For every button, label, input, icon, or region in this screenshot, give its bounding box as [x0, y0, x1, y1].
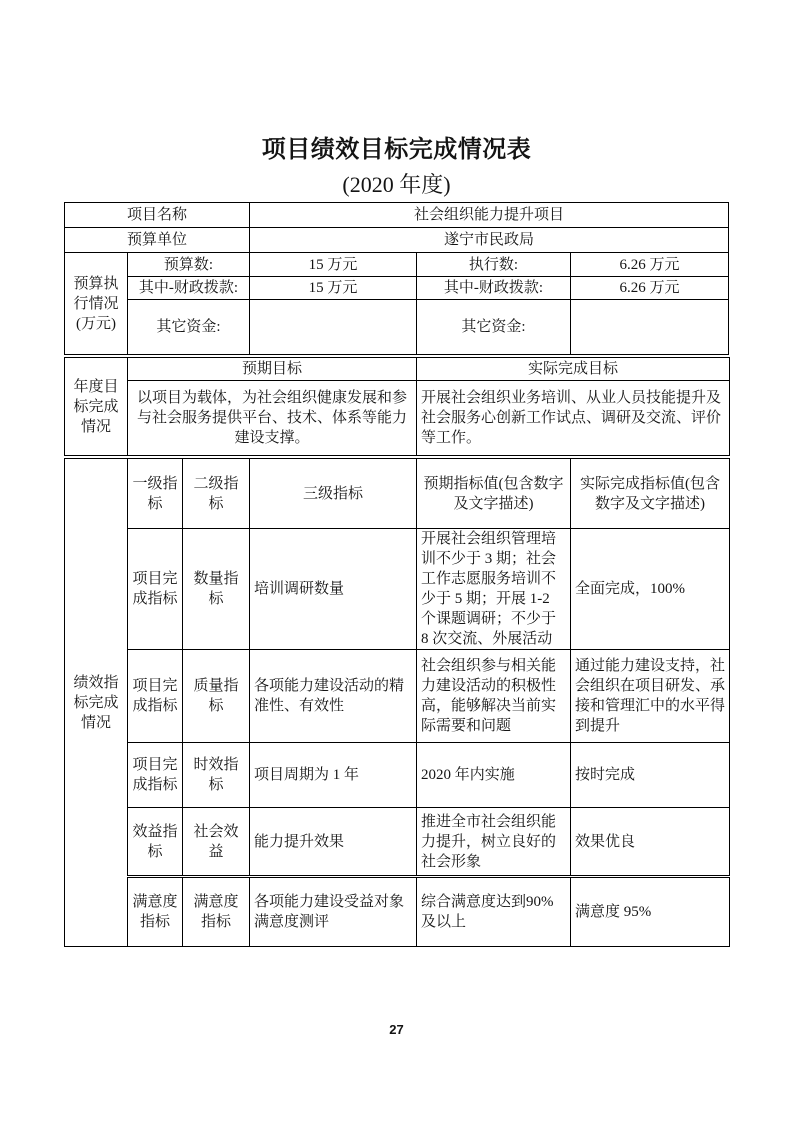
- indicator-row: 项目完成指标 时效指标 项目周期为 1 年 2020 年内实施 按时完成: [65, 743, 730, 808]
- indicators-section-label: 绩效指标完成情况: [65, 459, 128, 947]
- indicator-level3: 能力提升效果: [250, 808, 417, 877]
- header-actual-value: 实际完成指标值(包含数字及文字描述): [571, 459, 730, 529]
- budget-label: 其它资金:: [417, 300, 571, 355]
- actual-target-text: 开展社会组织业务培训、从业人员技能提升及社会服务心创新工作试点、调研及交流、评价…: [417, 381, 730, 456]
- page-title: 项目绩效目标完成情况表: [0, 133, 793, 165]
- indicator-level1: 满意度指标: [128, 877, 183, 947]
- indicator-row: 项目完成指标 质量指标 各项能力建设活动的精准性、有效性 社会组织参与相关能力建…: [65, 650, 730, 743]
- table-row: 预算单位 遂宁市民政局: [65, 228, 729, 253]
- budget-value: [250, 300, 417, 355]
- budget-value: [571, 300, 729, 355]
- indicators-header-row: 绩效指标完成情况 一级指标 二级指标 三级指标 预期指标值(包含数字及文字描述)…: [65, 459, 730, 529]
- indicator-level2: 数量指标: [183, 529, 250, 650]
- page-subtitle: (2020 年度): [0, 170, 793, 200]
- header-expected-value: 预期指标值(包含数字及文字描述): [417, 459, 571, 529]
- table-row: 以项目为载体，为社会组织健康发展和参与社会服务提供平台、技术、体系等能力建设支撑…: [65, 381, 730, 456]
- indicator-level2: 社会效益: [183, 808, 250, 877]
- indicator-expected: 2020 年内实施: [417, 743, 571, 808]
- indicator-expected: 开展社会组织管理培训不少于 3 期；社会工作志愿服务培训不少于 5 期；开展 1…: [417, 529, 571, 650]
- expected-target-text: 以项目为载体，为社会组织健康发展和参与社会服务提供平台、技术、体系等能力建设支撑…: [128, 381, 417, 456]
- indicator-expected: 综合满意度达到90%及以上: [417, 877, 571, 947]
- indicator-actual: 满意度 95%: [571, 877, 730, 947]
- indicator-level2: 质量指标: [183, 650, 250, 743]
- indicator-expected: 推进全市社会组织能力提升，树立良好的社会形象: [417, 808, 571, 877]
- project-name-label: 项目名称: [65, 203, 250, 228]
- indicators-table: 绩效指标完成情况 一级指标 二级指标 三级指标 预期指标值(包含数字及文字描述)…: [64, 458, 730, 947]
- indicator-level3: 项目周期为 1 年: [250, 743, 417, 808]
- budget-value: 6.26 万元: [571, 253, 729, 277]
- indicator-actual: 全面完成，100%: [571, 529, 730, 650]
- table-row: 预算执行情况(万元) 预算数: 15 万元 执行数: 6.26 万元: [65, 253, 729, 277]
- budget-value: 6.26 万元: [571, 277, 729, 300]
- indicator-level1: 项目完成指标: [128, 529, 183, 650]
- budget-table: 项目名称 社会组织能力提升项目 预算单位 遂宁市民政局 预算执行情况(万元) 预…: [64, 202, 729, 355]
- indicator-actual: 按时完成: [571, 743, 730, 808]
- budget-label: 预算数:: [128, 253, 250, 277]
- budget-label: 其中-财政拨款:: [417, 277, 571, 300]
- budget-section-label: 预算执行情况(万元): [65, 253, 128, 355]
- title-block: 项目绩效目标完成情况表 (2020 年度): [0, 0, 793, 200]
- table-row: 项目名称 社会组织能力提升项目: [65, 203, 729, 228]
- page-number: 27: [0, 1022, 793, 1037]
- document-page: 项目绩效目标完成情况表 (2020 年度) 项目名称 社会组织能力提升项目 预算…: [0, 0, 793, 1122]
- indicator-actual: 效果优良: [571, 808, 730, 877]
- indicator-row: 项目完成指标 数量指标 培训调研数量 开展社会组织管理培训不少于 3 期；社会工…: [65, 529, 730, 650]
- budget-label: 其中-财政拨款:: [128, 277, 250, 300]
- project-name-value: 社会组织能力提升项目: [250, 203, 729, 228]
- indicator-level2: 满意度指标: [183, 877, 250, 947]
- indicator-expected: 社会组织参与相关能力建设活动的积极性高，能够解决当前实际需要和问题: [417, 650, 571, 743]
- table-row: 年度目标完成情况 预期目标 实际完成目标: [65, 358, 730, 381]
- header-level2: 二级指标: [183, 459, 250, 529]
- indicator-level1: 项目完成指标: [128, 650, 183, 743]
- budget-value: 15 万元: [250, 277, 417, 300]
- annual-section-label: 年度目标完成情况: [65, 358, 128, 456]
- indicator-level2: 时效指标: [183, 743, 250, 808]
- table-row: 其它资金: 其它资金:: [65, 300, 729, 355]
- budget-label: 执行数:: [417, 253, 571, 277]
- budget-label: 其它资金:: [128, 300, 250, 355]
- indicator-level3: 各项能力建设受益对象满意度测评: [250, 877, 417, 947]
- table-row: 其中-财政拨款: 15 万元 其中-财政拨款: 6.26 万元: [65, 277, 729, 300]
- indicator-row: 满意度指标 满意度指标 各项能力建设受益对象满意度测评 综合满意度达到90%及以…: [65, 877, 730, 947]
- budget-value: 15 万元: [250, 253, 417, 277]
- annual-target-table: 年度目标完成情况 预期目标 实际完成目标 以项目为载体，为社会组织健康发展和参与…: [64, 357, 730, 456]
- indicator-level3: 各项能力建设活动的精准性、有效性: [250, 650, 417, 743]
- indicator-level1: 效益指标: [128, 808, 183, 877]
- indicator-level3: 培训调研数量: [250, 529, 417, 650]
- header-level3: 三级指标: [250, 459, 417, 529]
- indicator-row: 效益指标 社会效益 能力提升效果 推进全市社会组织能力提升，树立良好的社会形象 …: [65, 808, 730, 877]
- indicator-level1: 项目完成指标: [128, 743, 183, 808]
- indicator-actual: 通过能力建设支持，社会组织在项目研发、承接和管理汇中的水平得到提升: [571, 650, 730, 743]
- budget-unit-value: 遂宁市民政局: [250, 228, 729, 253]
- budget-unit-label: 预算单位: [65, 228, 250, 253]
- header-level1: 一级指标: [128, 459, 183, 529]
- expected-target-header: 预期目标: [128, 358, 417, 381]
- actual-target-header: 实际完成目标: [417, 358, 730, 381]
